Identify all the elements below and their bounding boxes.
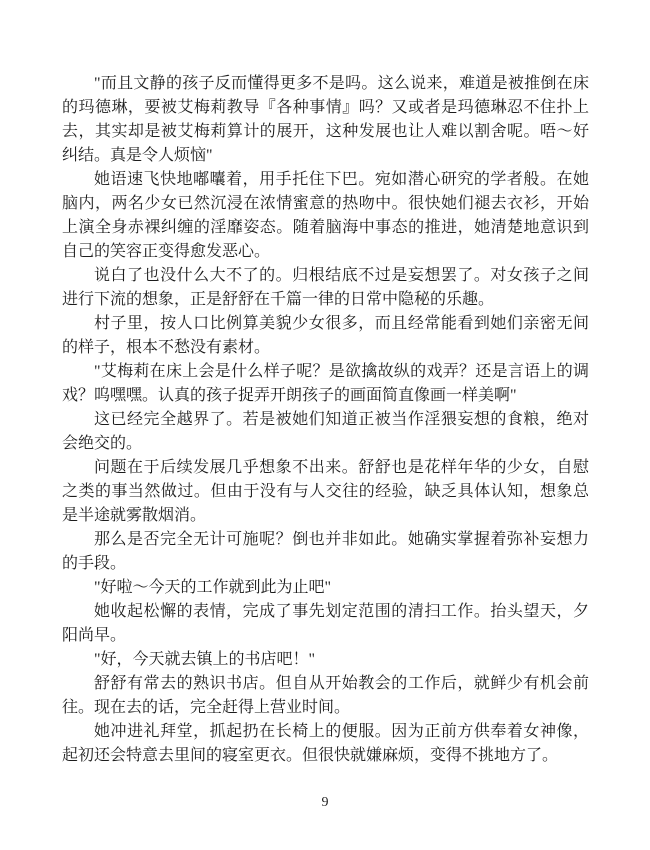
- paragraph: 这已经完全越界了。若是被她们知道正被当作淫猥妄想的食粮，绝对会绝交的。: [62, 408, 589, 456]
- page-number: 9: [0, 795, 650, 811]
- paragraph: "好啦～今天的工作就到此为止吧": [62, 576, 589, 600]
- text-block: "而且文静的孩子反而懂得更多不是吗。这么说来，难道是被推倒在床的玛德琳，要被艾梅…: [62, 72, 589, 768]
- paragraph: "好，今天就去镇上的书店吧！": [62, 648, 589, 672]
- paragraph: 那么是否完全无计可施呢？倒也并非如此。她确实掌握着弥补妄想力的手段。: [62, 528, 589, 576]
- paragraph: 她收起松懈的表情，完成了事先划定范围的清扫工作。抬头望天，夕阳尚早。: [62, 600, 589, 648]
- paragraph: "艾梅莉在床上会是什么样子呢？是欲擒故纵的戏弄？还是言语上的调戏？呜嘿嘿。认真的…: [62, 360, 589, 408]
- document-page: "而且文静的孩子反而懂得更多不是吗。这么说来，难道是被推倒在床的玛德琳，要被艾梅…: [0, 0, 650, 850]
- paragraph: 她语速飞快地嘟囔着，用手托住下巴。宛如潜心研究的学者般。在她脑内，两名少女已然沉…: [62, 168, 589, 264]
- paragraph: 问题在于后续发展几乎想象不出来。舒舒也是花样年华的少女，自慰之类的事当然做过。但…: [62, 456, 589, 528]
- paragraph: 村子里，按人口比例算美貌少女很多，而且经常能看到她们亲密无间的样子，根本不愁没有…: [62, 312, 589, 360]
- paragraph: "而且文静的孩子反而懂得更多不是吗。这么说来，难道是被推倒在床的玛德琳，要被艾梅…: [62, 72, 589, 168]
- paragraph: 她冲进礼拜堂，抓起扔在长椅上的便服。因为正前方供奉着女神像，起初还会特意去里间的…: [62, 720, 589, 768]
- paragraph: 舒舒有常去的熟识书店。但自从开始教会的工作后，就鲜少有机会前往。现在去的话，完全…: [62, 672, 589, 720]
- paragraph: 说白了也没什么大不了的。归根结底不过是妄想罢了。对女孩子之间进行下流的想象，正是…: [62, 264, 589, 312]
